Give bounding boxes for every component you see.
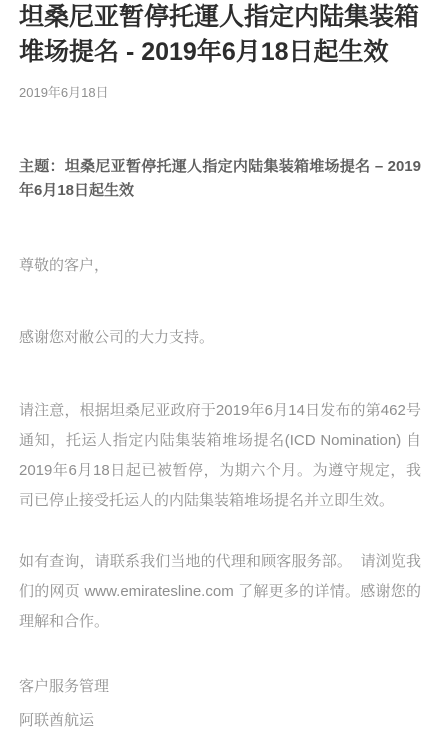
greeting-line: 尊敬的客户， — [19, 251, 421, 281]
contact-paragraph: 如有查询，请联系我们当地的代理和顾客服务部。 请浏览我们的网页 www.emir… — [19, 547, 421, 637]
signoff-company: 阿联酋航运 — [19, 706, 421, 736]
signoff-role: 客户服务管理 — [19, 672, 421, 702]
notice-paragraph: 请注意，根据坦桑尼亚政府于2019年6月14日发布的第462号通知，托运人指定内… — [19, 396, 421, 516]
subject-line: 主题：坦桑尼亚暂停托運人指定内陆集装箱堆场提名 – 2019年6月18日起生效 — [19, 155, 421, 203]
thanks-line: 感谢您对敝公司的大力支持。 — [19, 323, 421, 353]
notice-article: 坦桑尼亚暂停托運人指定内陆集装箱堆场提名 - 2019年6月18日起生效 201… — [0, 0, 440, 739]
publish-date: 2019年6月18日 — [19, 86, 421, 100]
page-title: 坦桑尼亚暂停托運人指定内陆集装箱堆场提名 - 2019年6月18日起生效 — [19, 0, 421, 70]
